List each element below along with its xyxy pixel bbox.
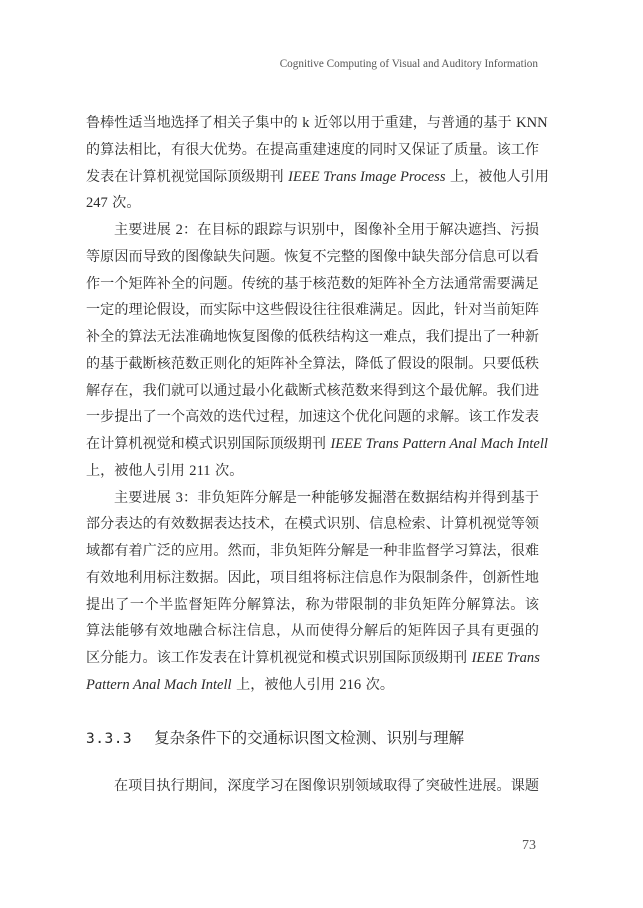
paragraph: 主要进展 2：在目标的跟踪与识别中，图像补全用于解决遮挡、污损等原因而导致的图像… (86, 217, 539, 485)
text-run: 上，被他人引用 (86, 463, 189, 479)
text-run: ：在目标的跟踪与识别中，图像补全用于解决遮挡、污损 (183, 222, 539, 238)
text-run: 次。 (108, 195, 141, 211)
journal-name: Pattern Anal Mach Intell (86, 677, 232, 693)
running-header: Cognitive Computing of Visual and Audito… (280, 58, 538, 70)
paragraph-line: 主要进展 2：在目标的跟踪与识别中，图像补全用于解决遮挡、污损 (86, 217, 539, 244)
text-run: 部分表达的有效数据表达技术，在模式识别、信息检索、计算机视觉等领 (86, 516, 539, 532)
text-run: 主要进展 (114, 490, 176, 506)
latin-text: 3 (176, 490, 183, 506)
paragraph-line: 提出了一个半监督矩阵分解算法，称为带限制的非负矩阵分解算法。该 (86, 592, 539, 619)
text-run: 主要进展 (114, 222, 176, 238)
paragraph-line: 区分能力。该工作发表在计算机视觉和模式识别国际顶级期刊 IEEE Trans (86, 645, 539, 672)
latin-text: k (302, 115, 309, 131)
paragraph-line: 一步提出了一个高效的迭代过程，加速这个优化问题的求解。该工作发表 (86, 404, 539, 431)
text-run: 域都有着广泛的应用。然而，非负矩阵分解是一种非监督学习算法，很难 (86, 543, 539, 559)
latin-text: 211 (189, 463, 210, 479)
text-run: 的基于截断核范数正则化的矩阵补全算法，降低了假设的限制。只要低秩 (86, 356, 539, 372)
text-run: ：非负矩阵分解是一种能够发掘潜在数据结构并得到基于 (183, 490, 539, 506)
body-text: 鲁棒性适当地选择了相关子集中的 k 近邻以用于重建，与普通的基于 KNN的算法相… (86, 110, 539, 699)
paragraph: 鲁棒性适当地选择了相关子集中的 k 近邻以用于重建，与普通的基于 KNN的算法相… (86, 110, 539, 217)
text-run: 一定的理论假设，而实际中这些假设往往很难满足。因此，针对当前矩阵 (86, 302, 539, 318)
paragraph-line: 鲁棒性适当地选择了相关子集中的 k 近邻以用于重建，与普通的基于 KNN (86, 110, 539, 137)
paragraph-line: 域都有着广泛的应用。然而，非负矩阵分解是一种非监督学习算法，很难 (86, 538, 539, 565)
text-run: 的算法相比，有很大优势。在提高重建速度的同时又保证了质量。该工作 (86, 142, 539, 158)
section-title: 复杂条件下的交通标识图文检测、识别与理解 (154, 729, 464, 747)
paragraph-line: 补全的算法无法准确地恢复图像的低秩结构这一难点，我们提出了一种新 (86, 324, 539, 351)
latin-text: 247 (86, 195, 108, 211)
paragraph-line: 在计算机视觉和模式识别国际顶级期刊 IEEE Trans Pattern Ana… (86, 431, 539, 458)
text-run: 解存在，我们就可以通过最小化截断式核范数来得到这个最优解。我们进 (86, 383, 539, 399)
journal-name: IEEE Trans Image Process (288, 169, 445, 185)
journal-name: IEEE Trans Pattern Anal Mach Intell (330, 436, 548, 452)
paragraph-line: Pattern Anal Mach Intell 上，被他人引用 216 次。 (86, 672, 539, 699)
text-run: 补全的算法无法准确地恢复图像的低秩结构这一难点，我们提出了一种新 (86, 329, 539, 345)
section-number: 3.3.3 (86, 731, 132, 747)
text-run: 次。 (211, 463, 244, 479)
paragraph-line: 主要进展 3：非负矩阵分解是一种能够发掘潜在数据结构并得到基于 (86, 485, 539, 512)
paragraph-line: 上，被他人引用 211 次。 (86, 458, 539, 485)
text-run: 上，被他人引用 (232, 677, 340, 693)
text-run: 区分能力。该工作发表在计算机视觉和模式识别国际顶级期刊 (86, 650, 472, 666)
paragraph-line: 解存在，我们就可以通过最小化截断式核范数来得到这个最优解。我们进 (86, 378, 539, 405)
paragraph-line: 247 次。 (86, 190, 539, 217)
text-run: 提出了一个半监督矩阵分解算法，称为带限制的非负矩阵分解算法。该 (86, 597, 539, 613)
text-run: 发表在计算机视觉国际顶级期刊 (86, 169, 288, 185)
text-run: 近邻以用于重建，与普通的基于 (310, 115, 517, 131)
text-run: 次。 (361, 677, 394, 693)
text-run: 作一个矩阵补全的问题。传统的基于核范数的矩阵补全方法通常需要满足 (86, 276, 539, 292)
latin-text: 2 (176, 222, 183, 238)
latin-text: 216 (339, 677, 361, 693)
paragraph-line: 的基于截断核范数正则化的矩阵补全算法，降低了假设的限制。只要低秩 (86, 351, 539, 378)
page-number: 73 (522, 838, 536, 854)
text-run: 在计算机视觉和模式识别国际顶级期刊 (86, 436, 330, 452)
text-run: 上，被他人引用 (446, 169, 549, 185)
paragraph-line: 等原因而导致的图像缺失问题。恢复不完整的图像中缺失部分信息可以看 (86, 244, 539, 271)
paragraph-line: 的算法相比，有很大优势。在提高重建速度的同时又保证了质量。该工作 (86, 137, 539, 164)
text-run: 等原因而导致的图像缺失问题。恢复不完整的图像中缺失部分信息可以看 (86, 249, 539, 265)
paragraph-line: 发表在计算机视觉国际顶级期刊 IEEE Trans Image Process … (86, 164, 539, 191)
text-run: 一步提出了一个高效的迭代过程，加速这个优化问题的求解。该工作发表 (86, 409, 539, 425)
paragraph-line: 算法能够有效地融合标注信息，从而使得分解后的矩阵因子具有更强的 (86, 618, 539, 645)
section-body: 在项目执行期间，深度学习在图像识别领域取得了突破性进展。课题 (86, 773, 539, 800)
paragraph-line: 作一个矩阵补全的问题。传统的基于核范数的矩阵补全方法通常需要满足 (86, 271, 539, 298)
paragraph: 主要进展 3：非负矩阵分解是一种能够发掘潜在数据结构并得到基于部分表达的有效数据… (86, 485, 539, 699)
section-heading: 3.3.3复杂条件下的交通标识图文检测、识别与理解 (86, 726, 464, 748)
text-run: 有效地利用标注数据。因此，项目组将标注信息作为限制条件，创新性地 (86, 570, 539, 586)
paragraph-line: 在项目执行期间，深度学习在图像识别领域取得了突破性进展。课题 (86, 773, 539, 800)
paragraph-line: 一定的理论假设，而实际中这些假设往往很难满足。因此，针对当前矩阵 (86, 297, 539, 324)
paragraph-line: 有效地利用标注数据。因此，项目组将标注信息作为限制条件，创新性地 (86, 565, 539, 592)
text-run: 鲁棒性适当地选择了相关子集中的 (86, 115, 302, 131)
text-run: 算法能够有效地融合标注信息，从而使得分解后的矩阵因子具有更强的 (86, 623, 539, 639)
latin-text: KNN (516, 115, 547, 131)
paragraph-line: 部分表达的有效数据表达技术，在模式识别、信息检索、计算机视觉等领 (86, 511, 539, 538)
journal-name: IEEE Trans (472, 650, 540, 666)
